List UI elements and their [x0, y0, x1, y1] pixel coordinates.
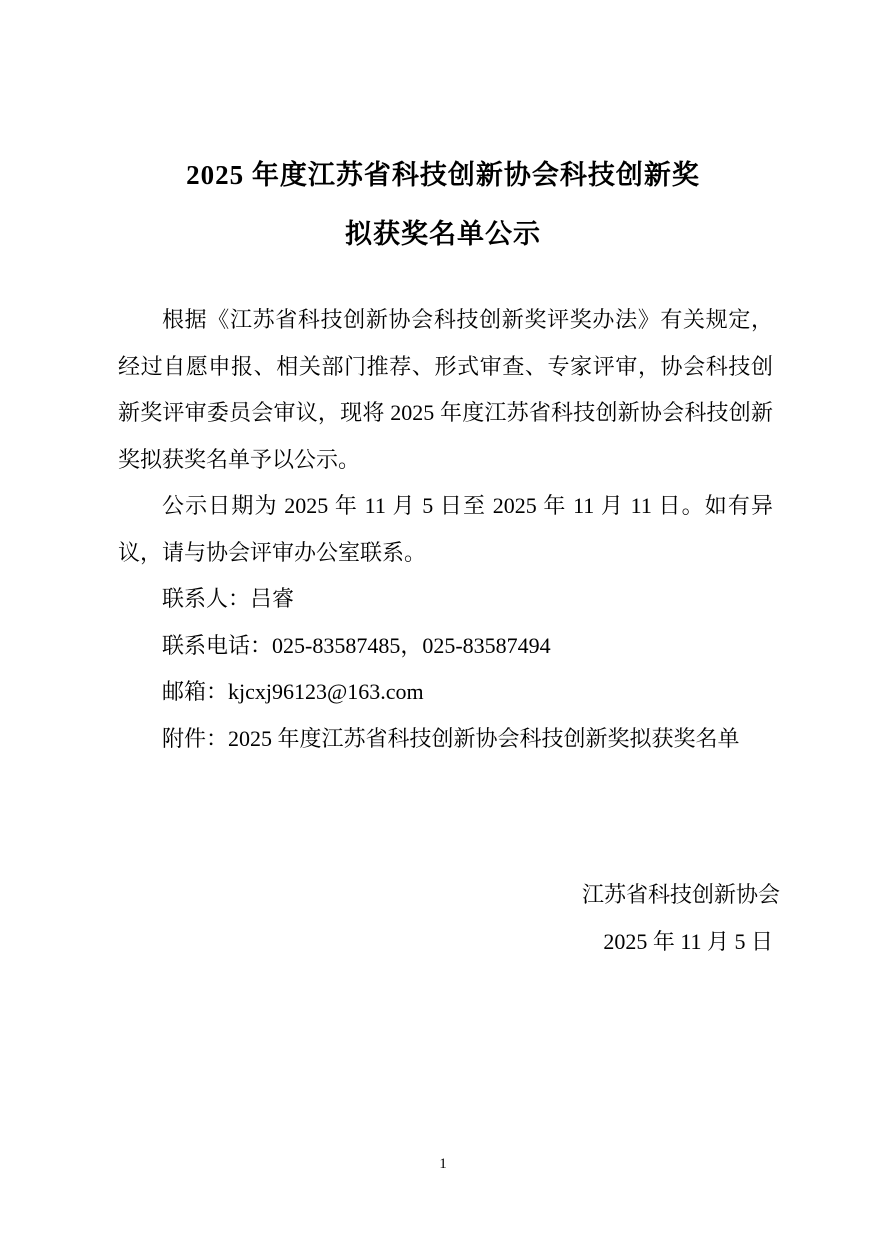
document-page: 2025 年度江苏省科技创新协会科技创新奖 拟获奖名单公示 根据《江苏省科技创新… — [0, 0, 886, 1253]
page-number: 1 — [439, 1156, 447, 1172]
document-title: 2025 年度江苏省科技创新协会科技创新奖 拟获奖名单公示 — [0, 146, 886, 264]
attachment-line: 附件：2025 年度江苏省科技创新协会科技创新奖拟获奖名单 — [118, 716, 773, 763]
page-footer: 1 — [0, 1154, 886, 1174]
document-body: 根据《江苏省科技创新协会科技创新奖评奖办法》有关规定，经过自愿申报、相关部门推荐… — [118, 297, 773, 762]
document-title-line2: 拟获奖名单公示 — [0, 205, 886, 264]
paragraph-publicity-period: 公示日期为 2025 年 11 月 5 日至 2025 年 11 月 11 日。… — [118, 483, 773, 576]
document-title-line1: 2025 年度江苏省科技创新协会科技创新奖 — [0, 146, 886, 205]
signature-block: 江苏省科技创新协会 2025 年 11 月 5 日 — [582, 872, 780, 965]
signature-organization: 江苏省科技创新协会 — [582, 872, 780, 919]
contact-phone-line: 联系电话：025-83587485，025-83587494 — [118, 623, 773, 670]
contact-person-line: 联系人：吕睿 — [118, 576, 773, 623]
paragraph-intro: 根据《江苏省科技创新协会科技创新奖评奖办法》有关规定，经过自愿申报、相关部门推荐… — [118, 297, 773, 483]
signature-date: 2025 年 11 月 5 日 — [582, 919, 780, 966]
email-line: 邮箱：kjcxj96123@163.com — [118, 669, 773, 716]
